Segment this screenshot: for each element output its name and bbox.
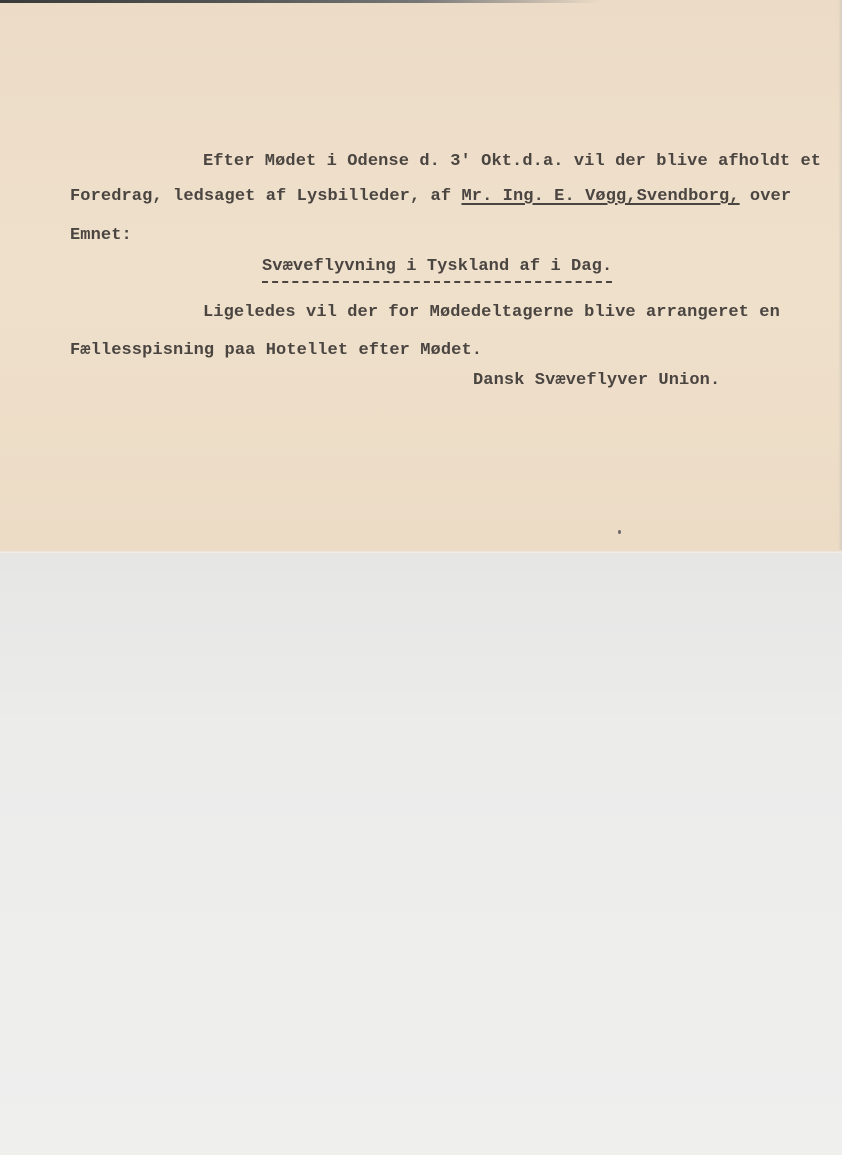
paragraph1-line3: Emnet:: [70, 226, 132, 246]
paper-right-shadow: [838, 0, 842, 552]
scanner-background: [0, 553, 842, 1155]
paper-top-edge: [0, 0, 600, 3]
paragraph1-line2-suffix: over: [740, 187, 792, 206]
paragraph2-line1: Ligeledes vil der for Mødedeltagerne bli…: [203, 303, 780, 323]
signature: Dansk Svæveflyver Union.: [473, 371, 720, 391]
paragraph1-line1: Efter Mødet i Odense d. 3' Okt.d.a. vil …: [203, 152, 821, 172]
paragraph1-line2: Foredrag, ledsaget af Lysbilleder, af Mr…: [70, 187, 791, 207]
paragraph2-line2: Fællesspisning paa Hotellet efter Mødet.: [70, 341, 482, 361]
lecture-topic: Svæveflyvning i Tyskland af i Dag.: [262, 257, 612, 277]
speaker-name: Mr. Ing. E. Vøgg,Svendborg,: [461, 187, 739, 206]
paragraph1-line2-prefix: Foredrag, ledsaget af Lysbilleder, af: [70, 187, 461, 206]
paper-speck: [618, 530, 621, 534]
scanned-page: Efter Mødet i Odense d. 3' Okt.d.a. vil …: [0, 0, 842, 1155]
topic-dashed-underline: [262, 281, 612, 283]
letter-paper: Efter Mødet i Odense d. 3' Okt.d.a. vil …: [0, 0, 842, 552]
